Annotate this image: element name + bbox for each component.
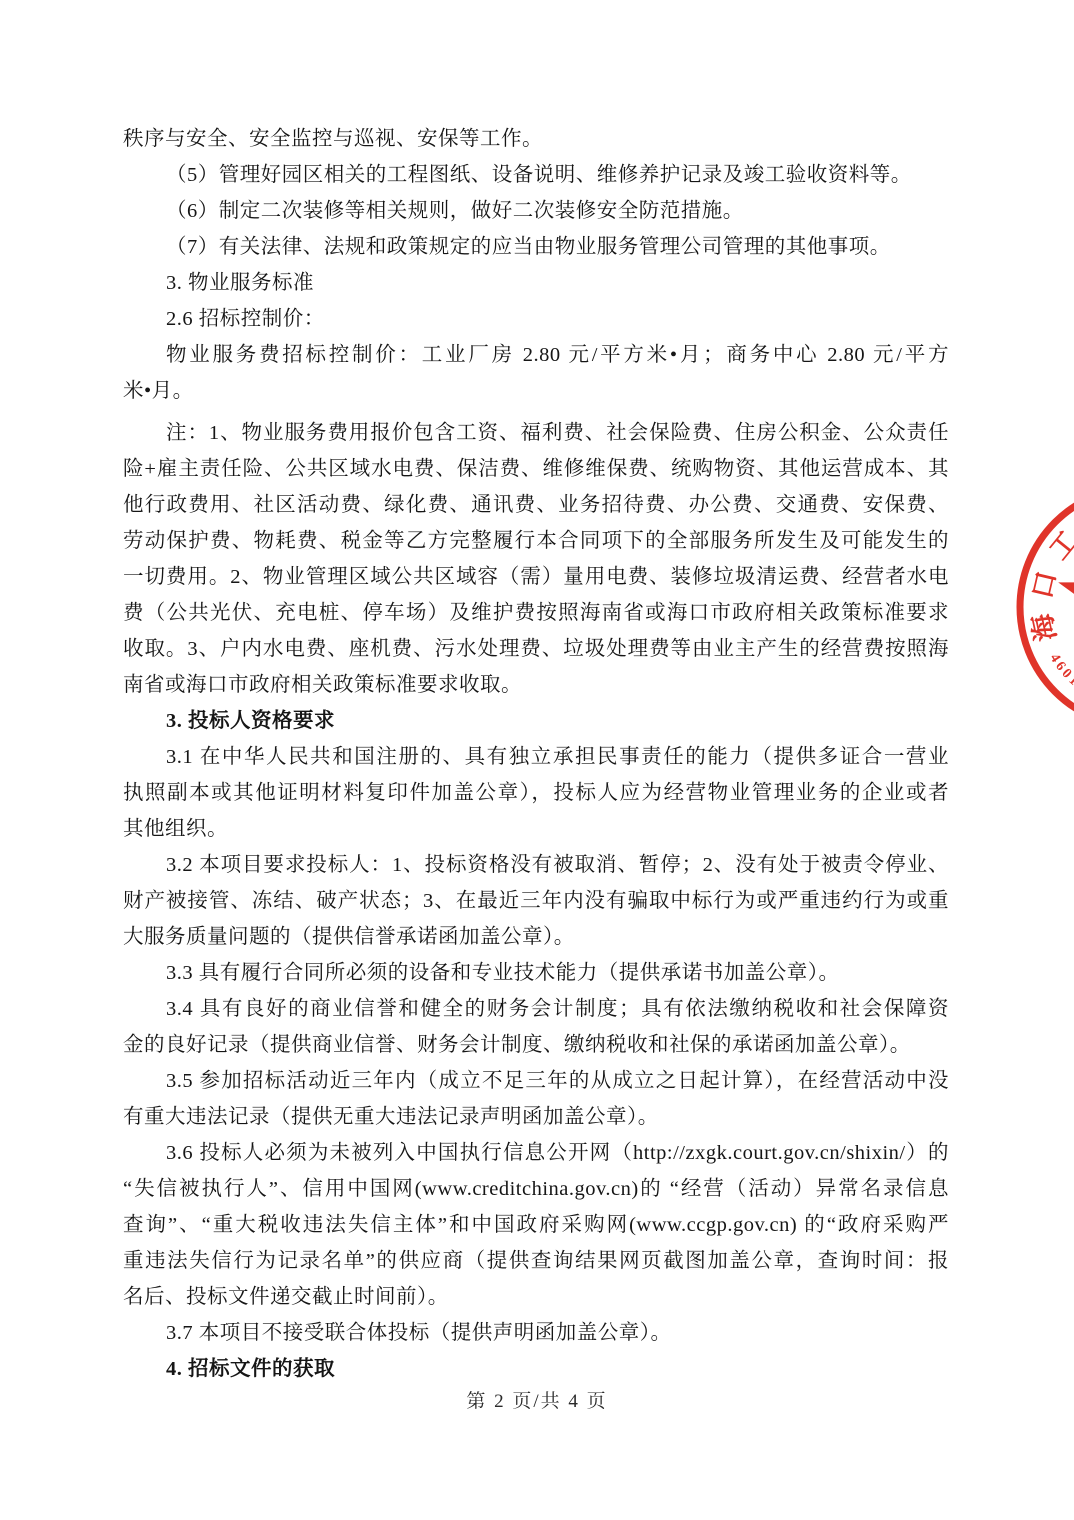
company-seal-stamp: 海 口 工 程 4601000 xyxy=(1000,475,1074,755)
text-line: 名后、投标文件递交截止时间前）。 xyxy=(123,1279,949,1315)
text-line: 南省或海口市政府相关政策标准要求收取。 xyxy=(123,667,949,703)
text-line: 金的良好记录（提供商业信誉、财务会计制度、缴纳税收和社保的承诺函加盖公章）。 xyxy=(123,1027,949,1063)
text-line: 劳动保护费、物耗费、税金等乙方完整履行本合同项下的全部服务所发生及可能发生的 xyxy=(123,523,949,559)
text-line: 注：1、物业服务费用报价包含工资、福利费、社会保险费、住房公积金、公众责任 xyxy=(123,415,949,451)
text-line: （7）有关法律、法规和政策规定的应当由物业服务管理公司管理的其他事项。 xyxy=(123,229,949,265)
text-line: 费（公共光伏、充电桩、停车场）及维护费按照海南省或海口市政府相关政策标准要求 xyxy=(123,595,949,631)
text-line: 大服务质量问题的（提供信誉承诺函加盖公章）。 xyxy=(123,919,949,955)
text-line: 重违法失信行为记录名单”的供应商（提供查询结果网页截图加盖公章，查询时间：报 xyxy=(123,1243,949,1279)
text-line: 其他组织。 xyxy=(123,811,949,847)
seal-arc-char: 海 xyxy=(1027,611,1062,644)
text-line: （5）管理好园区相关的工程图纸、设备说明、维修养护记录及竣工验收资料等。 xyxy=(123,157,949,193)
page-number: 第 2 页/共 4 页 xyxy=(0,1386,1074,1413)
text-line: 秩序与安全、安全监控与巡视、安保等工作。 xyxy=(123,121,949,157)
text-line: 3. 物业服务标准 xyxy=(123,265,949,301)
text-line: 3. 投标人资格要求 xyxy=(123,703,949,739)
text-line: 一切费用。2、物业管理区域公共区域容（需）量用电费、装修垃圾清运费、经营者水电 xyxy=(123,559,949,595)
text-line: 查询”、“重大税收违法失信主体”和中国政府采购网(www.ccgp.gov.cn… xyxy=(123,1207,949,1243)
text-line: 米•月。 xyxy=(123,373,949,409)
seal-ring xyxy=(1020,487,1074,727)
text-line: 执照副本或其他证明材料复印件加盖公章），投标人应为经营物业管理业务的企业或者 xyxy=(123,775,949,811)
text-line: 有重大违法记录（提供无重大违法记录声明函加盖公章）。 xyxy=(123,1099,949,1135)
text-line: 3.6 投标人必须为未被列入中国执行信息公开网（http://zxgk.cour… xyxy=(123,1135,949,1171)
text-line: 3.5 参加招标活动近三年内（成立不足三年的从成立之日起计算），在经营活动中没 xyxy=(123,1063,949,1099)
text-line: 3.4 具有良好的商业信誉和健全的财务会计制度；具有依法缴纳税收和社会保障资 xyxy=(123,991,949,1027)
text-line: 险+雇主责任险、公共区域水电费、保洁费、维修维保费、统购物资、其他运营成本、其 xyxy=(123,451,949,487)
text-line: 3.7 本项目不接受联合体投标（提供声明函加盖公章）。 xyxy=(123,1315,949,1351)
text-line: 财产被接管、冻结、破产状态；3、在最近三年内没有骗取中标行为或严重违约行为或重 xyxy=(123,883,949,919)
text-line: 他行政费用、社区活动费、绿化费、通讯费、业务招待费、办公费、交通费、安保费、 xyxy=(123,487,949,523)
text-line: 物业服务费招标控制价：工业厂房 2.80 元/平方米•月；商务中心 2.80 元… xyxy=(123,337,949,373)
text-line: 3.3 具有履行合同所必须的设备和专业技术能力（提供承诺书加盖公章）。 xyxy=(123,955,949,991)
text-line: 3.2 本项目要求投标人：1、投标资格没有被取消、暂停；2、没有处于被责令停业、 xyxy=(123,847,949,883)
seal-arc-char: 口 xyxy=(1027,568,1062,601)
text-line: “失信被执行人”、信用中国网(www.creditchina.gov.cn)的 … xyxy=(123,1171,949,1207)
text-line: 收取。3、户内水电费、座机费、污水处理费、垃圾处理费等由业主产生的经营费按照海 xyxy=(123,631,949,667)
text-line: 2.6 招标控制价： xyxy=(123,301,949,337)
text-line: 4. 招标文件的获取 xyxy=(123,1351,949,1387)
document-body: 秩序与安全、安全监控与巡视、安保等工作。（5）管理好园区相关的工程图纸、设备说明… xyxy=(123,121,949,1387)
document-page: 秩序与安全、安全监控与巡视、安保等工作。（5）管理好园区相关的工程图纸、设备说明… xyxy=(0,0,1074,1520)
text-line: 3.1 在中华人民共和国注册的、具有独立承担民事责任的能力（提供多证合一营业 xyxy=(123,739,949,775)
text-line: （6）制定二次装修等相关规则，做好二次装修安全防范措施。 xyxy=(123,193,949,229)
